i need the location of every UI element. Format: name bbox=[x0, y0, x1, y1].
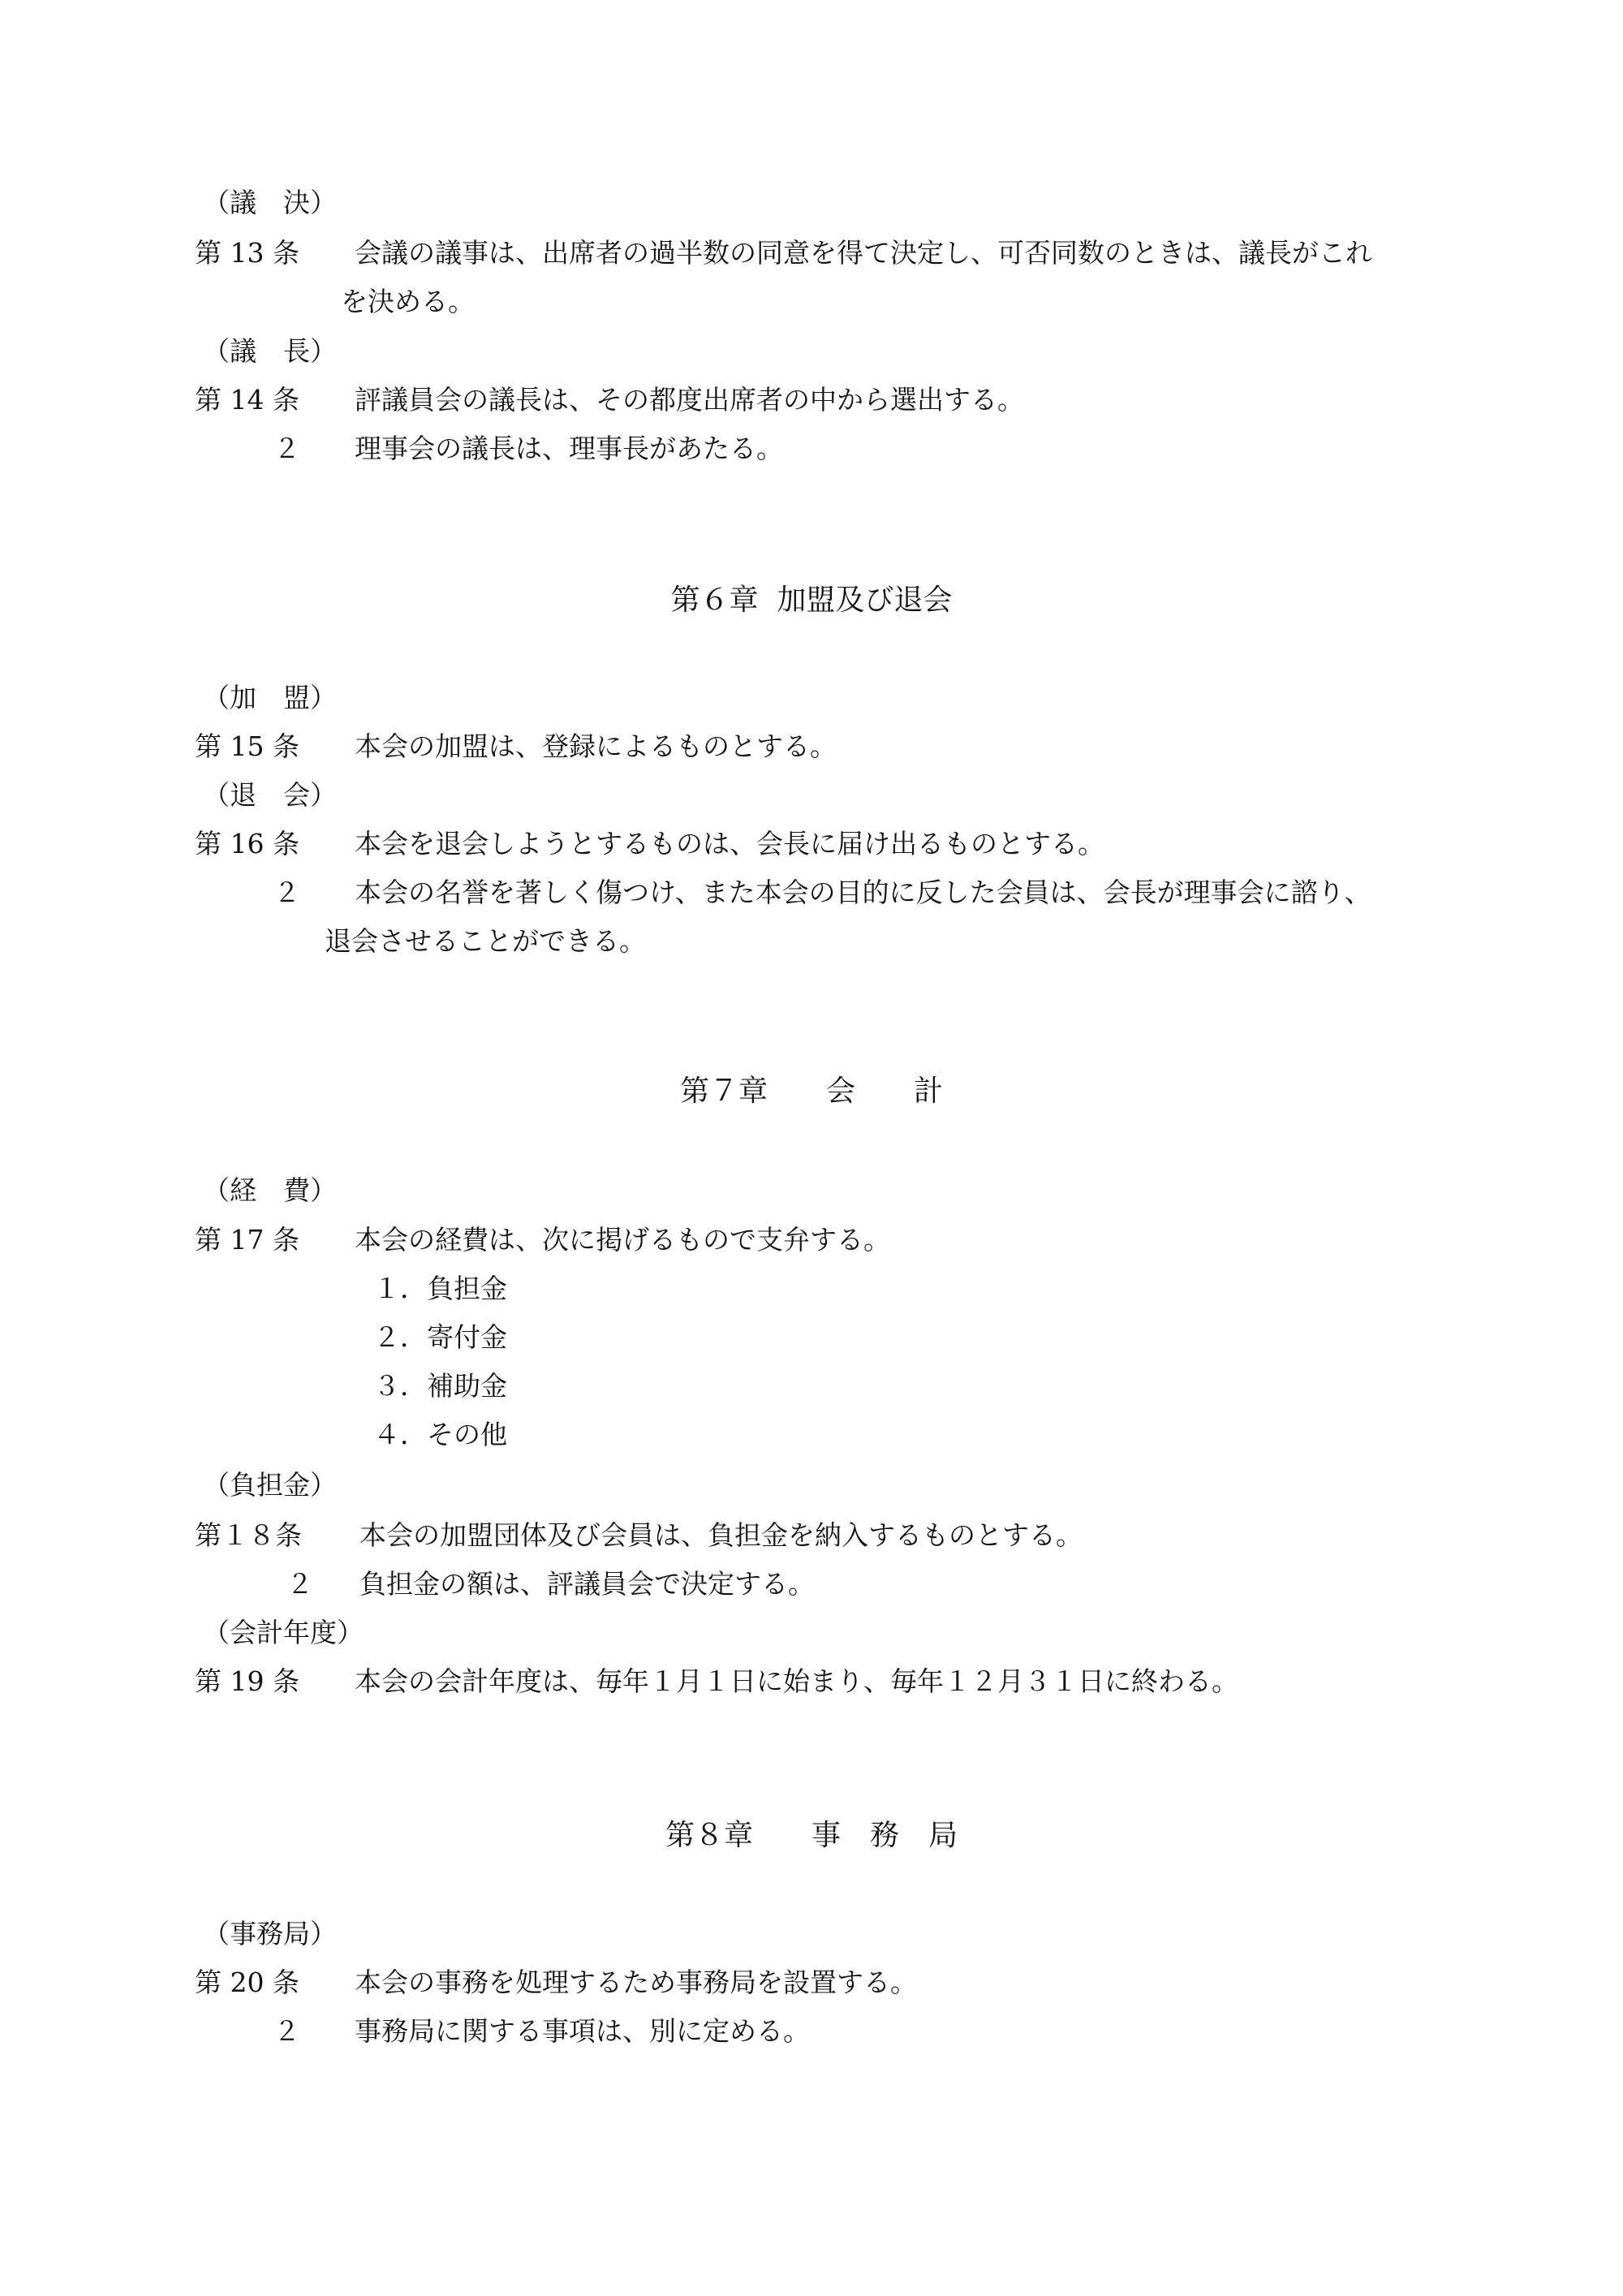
article-18-para-2-text: 負担金の額は、評議員会で決定する。 bbox=[359, 1568, 815, 1600]
article-heading-resolution: （議 決） bbox=[203, 187, 337, 219]
expense-item-3: ３．補助金 bbox=[373, 1370, 507, 1402]
article-heading-withdrawal: （退 会） bbox=[203, 779, 337, 812]
expense-item-4: ４．その他 bbox=[373, 1419, 507, 1451]
article-heading-expenses: （経 費） bbox=[203, 1174, 337, 1207]
chapter-6-title: 第６章 加盟及び退会 bbox=[0, 583, 1623, 618]
article-20-para-2-number: ２ bbox=[273, 2015, 300, 2048]
article-18-para-2-number: ２ bbox=[286, 1568, 313, 1600]
article-14-para-2-text: 理事会の議長は、理事長があたる。 bbox=[355, 433, 783, 465]
article-heading-chairperson: （議 長） bbox=[203, 335, 337, 368]
article-16-text: 本会を退会しようとするものは、会長に届け出るものとする。 bbox=[355, 828, 1104, 860]
expense-item-1: １．負担金 bbox=[373, 1273, 507, 1305]
article-15-text: 本会の加盟は、登録によるものとする。 bbox=[355, 730, 837, 763]
article-17-text: 本会の経費は、次に掲げるもので支弁する。 bbox=[355, 1224, 890, 1256]
article-heading-contributions: （負担金） bbox=[203, 1469, 337, 1501]
article-16-number: 第 16 条 bbox=[195, 828, 299, 860]
expense-item-2: ２．寄付金 bbox=[373, 1321, 507, 1354]
article-16-para-2-text: 本会の名誉を著しく傷つけ、また本会の目的に反した会員は、会長が理事会に諮り、 bbox=[355, 877, 1371, 909]
chapter-7-title: 第７章 会 計 bbox=[0, 1074, 1623, 1109]
article-13-text-continued: を決める。 bbox=[341, 286, 475, 318]
article-18-text: 本会の加盟団体及び会員は、負担金を納入するものとする。 bbox=[359, 1519, 1083, 1552]
article-heading-fiscal-year: （会計年度） bbox=[203, 1617, 364, 1649]
article-16-para-2-continued: 退会させることができる。 bbox=[325, 925, 646, 958]
article-13-text: 会議の議事は、出席者の過半数の同意を得て決定し、可否同数のときは、議長がこれ bbox=[355, 237, 1372, 269]
article-14-para-2-number: ２ bbox=[273, 433, 300, 465]
article-20-number: 第 20 条 bbox=[195, 1966, 299, 1999]
article-19-number: 第 19 条 bbox=[195, 1665, 299, 1698]
article-16-para-2-number: ２ bbox=[273, 877, 300, 909]
article-19-text: 本会の会計年度は、毎年１月１日に始まり、毎年１２月３１日に終わる。 bbox=[355, 1665, 1238, 1698]
article-17-number: 第 17 条 bbox=[195, 1224, 299, 1256]
chapter-8-title: 第８章 事 務 局 bbox=[0, 1818, 1623, 1854]
article-20-para-2-text: 事務局に関する事項は、別に定める。 bbox=[355, 2015, 810, 2048]
article-15-number: 第 15 条 bbox=[195, 730, 299, 763]
article-heading-secretariat: （事務局） bbox=[203, 1918, 337, 1950]
article-18-number: 第１８条 bbox=[195, 1519, 302, 1552]
article-13-number: 第 13 条 bbox=[195, 237, 299, 269]
article-14-number: 第 14 条 bbox=[195, 384, 299, 416]
article-heading-membership: （加 盟） bbox=[203, 682, 337, 714]
article-20-text: 本会の事務を処理するため事務局を設置する。 bbox=[355, 1966, 917, 1999]
article-14-text: 評議員会の議長は、その都度出席者の中から選出する。 bbox=[355, 384, 1024, 416]
